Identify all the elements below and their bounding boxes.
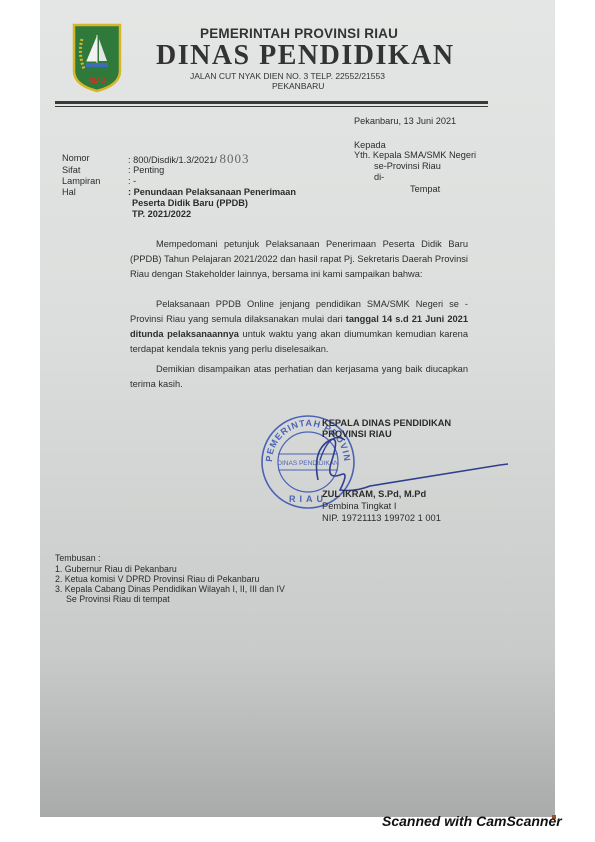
recipient-line1: Yth. Kepala SMA/SMK Negeri: [354, 150, 476, 161]
hal-label: Hal: [62, 187, 76, 198]
recipient-line2: se-Provinsi Riau: [374, 161, 441, 172]
hal-value-1: : Penundaan Pelaksanaan Penerimaan: [128, 187, 296, 198]
paragraph-2: Pelaksanaan PPDB Online jenjang pendidik…: [130, 297, 468, 357]
nomor-number: : 800/Disdik/1.3/2021/: [128, 155, 217, 165]
agency-address: JALAN CUT NYAK DIEN NO. 3 TELP. 22552/21…: [190, 71, 385, 81]
scanned-page: [40, 0, 555, 817]
paragraph-3: Demikian disampaikan atas perhatian dan …: [130, 362, 468, 392]
lampiran-label: Lampiran: [62, 176, 100, 187]
agency-city: PEKANBARU: [272, 81, 324, 91]
government-name: PEMERINTAH PROVINSI RIAU: [200, 26, 398, 41]
signatory-name: ZUL IKRAM, S.Pd, M.Pd: [322, 489, 426, 499]
cc-heading: Tembusan :: [55, 553, 100, 563]
paragraph-3-text: Demikian disampaikan atas perhatian dan …: [130, 364, 468, 389]
recipient-line3: di-: [374, 172, 384, 183]
cc-item: 2. Ketua komisi V DPRD Provinsi Riau di …: [55, 574, 259, 584]
letterhead-rule-thick: [55, 101, 488, 104]
hal-value-2: Peserta Didik Baru (PPDB): [132, 198, 248, 209]
recipient-line4: Tempat: [410, 184, 440, 195]
signatory-nip: NIP. 19721113 199702 1 001: [322, 513, 441, 523]
paragraph-1: Mempedomani petunjuk Pelaksanaan Penerim…: [130, 237, 468, 282]
riau-emblem-icon: RIAU: [72, 23, 122, 93]
cc-item: 3. Kepala Cabang Dinas Pendidikan Wilaya…: [55, 584, 285, 594]
nomor-label: Nomor: [62, 153, 90, 164]
nomor-handwritten: 8003: [219, 151, 249, 166]
lampiran-value: : -: [128, 176, 136, 187]
place-date: Pekanbaru, 13 Juni 2021: [354, 116, 456, 127]
paragraph-1-text: Mempedomani petunjuk Pelaksanaan Penerim…: [130, 239, 468, 279]
letterhead-rule-thin: [55, 106, 488, 107]
sifat-value: : Penting: [128, 165, 164, 176]
sifat-label: Sifat: [62, 165, 80, 176]
cc-item: Se Provinsi Riau di tempat: [66, 594, 170, 604]
cc-item: 1. Gubernur Riau di Pekanbaru: [55, 564, 177, 574]
agency-name: DINAS PENDIDIKAN: [156, 40, 455, 72]
svg-text:RIAU: RIAU: [88, 78, 105, 85]
signatory-rank: Pembina Tingkat I: [322, 501, 396, 511]
hal-value-3: TP. 2021/2022: [132, 209, 191, 220]
camscanner-watermark: Scanned with CamScanner: [382, 813, 562, 829]
